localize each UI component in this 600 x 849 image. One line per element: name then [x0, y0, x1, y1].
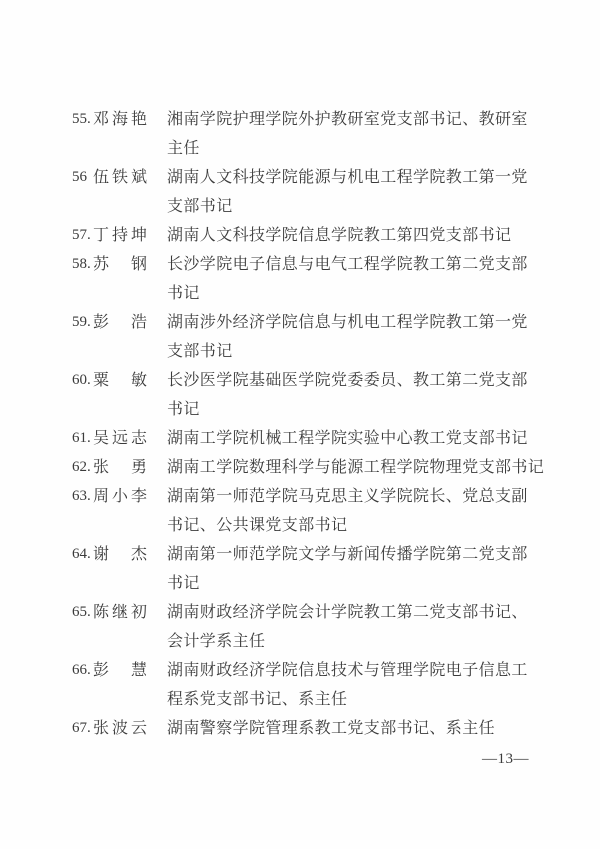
list-item: 57. 丁持坤 湖南人文科技学院信息学院教工第四党支部书记 — [72, 221, 552, 250]
entry-number: 58. — [72, 250, 93, 279]
entry-description: 湖南第一师范学院马克思主义学院院长、党总支副书记、公共课党支部书记 — [167, 482, 528, 540]
list-item: 65. 陈继初 湖南财政经济学院会计学院教工第二党支部书记、会计学系主任 — [72, 598, 552, 656]
entry-description-line: 程系党支部书记、系主任 — [167, 685, 528, 714]
entry-description: 湘南学院护理学院外护教研室党支部书记、教研室主任 — [167, 105, 528, 163]
entry-description-line: 湖南工学院机械工程学院实验中心教工党支部书记 — [167, 424, 528, 453]
entry-description-line: 书记、公共课党支部书记 — [167, 511, 528, 540]
entry-description-line: 长沙学院电子信息与电气工程学院教工第二党支部 — [167, 250, 528, 279]
entry-description: 湖南工学院机械工程学院实验中心教工党支部书记 — [167, 424, 528, 453]
entry-description: 长沙医学院基础医学院党委委员、教工第二党支部书记 — [167, 366, 528, 424]
entry-name: 丁持坤 — [93, 221, 147, 250]
list-item: 63. 周小李 湖南第一师范学院马克思主义学院院长、党总支副书记、公共课党支部书… — [72, 482, 552, 540]
entry-description-line: 会计学系主任 — [167, 627, 528, 656]
entry-number: 59. — [72, 308, 93, 337]
entry-number: 60. — [72, 366, 93, 395]
list-item: 55. 邓海艳 湘南学院护理学院外护教研室党支部书记、教研室主任 — [72, 105, 552, 163]
document-page: 55. 邓海艳 湘南学院护理学院外护教研室党支部书记、教研室主任 56 伍铁斌 … — [0, 0, 600, 849]
entry-name: 吴远志 — [93, 424, 147, 453]
entry-number: 55. — [72, 105, 93, 134]
list-item: 60. 粟敏 长沙医学院基础医学院党委委员、教工第二党支部书记 — [72, 366, 552, 424]
list-item: 58. 苏钢 长沙学院电子信息与电气工程学院教工第二党支部书记 — [72, 250, 552, 308]
entry-description: 湖南人文科技学院信息学院教工第四党支部书记 — [167, 221, 511, 250]
entry-number: 63. — [72, 482, 93, 511]
entry-name: 陈继初 — [93, 598, 147, 627]
entry-description: 湖南涉外经济学院信息与机电工程学院教工第一党支部书记 — [167, 308, 528, 366]
entry-description: 长沙学院电子信息与电气工程学院教工第二党支部书记 — [167, 250, 528, 308]
entry-name: 彭浩 — [93, 308, 147, 337]
entry-name: 粟敏 — [93, 366, 147, 395]
entry-number: 56 — [72, 163, 93, 192]
entry-description-line: 主任 — [167, 134, 528, 163]
entry-description-line: 书记 — [167, 569, 528, 598]
entry-name: 邓海艳 — [93, 105, 147, 134]
entry-description: 湖南第一师范学院文学与新闻传播学院第二党支部书记 — [167, 540, 528, 598]
entry-number: 65. — [72, 598, 93, 627]
entry-description-line: 湘南学院护理学院外护教研室党支部书记、教研室 — [167, 105, 528, 134]
list-item: 56 伍铁斌 湖南人文科技学院能源与机电工程学院教工第一党支部书记 — [72, 163, 552, 221]
entry-number: 66. — [72, 656, 93, 685]
list-item: 59. 彭浩 湖南涉外经济学院信息与机电工程学院教工第一党支部书记 — [72, 308, 552, 366]
entry-description-line: 书记 — [167, 395, 528, 424]
entry-description-line: 湖南涉外经济学院信息与机电工程学院教工第一党 — [167, 308, 528, 337]
entry-description-line: 湖南第一师范学院马克思主义学院院长、党总支副 — [167, 482, 528, 511]
entry-description-line: 湖南警察学院管理系教工党支部书记、系主任 — [167, 714, 495, 743]
entry-description-line: 湖南财政经济学院信息技术与管理学院电子信息工 — [167, 656, 528, 685]
entry-description: 湖南财政经济学院会计学院教工第二党支部书记、会计学系主任 — [167, 598, 528, 656]
list-item: 61. 吴远志 湖南工学院机械工程学院实验中心教工党支部书记 — [72, 424, 552, 453]
entry-name: 周小李 — [93, 482, 147, 511]
page-number: —13— — [482, 751, 529, 768]
entry-description-line: 湖南人文科技学院信息学院教工第四党支部书记 — [167, 221, 511, 250]
list-item: 64. 谢杰 湖南第一师范学院文学与新闻传播学院第二党支部书记 — [72, 540, 552, 598]
entry-description-line: 湖南第一师范学院文学与新闻传播学院第二党支部 — [167, 540, 528, 569]
entry-name: 苏钢 — [93, 250, 147, 279]
entry-number: 62. — [72, 453, 93, 482]
entry-name: 谢杰 — [93, 540, 147, 569]
entry-description-line: 支部书记 — [167, 192, 528, 221]
entry-number: 67. — [72, 714, 93, 743]
entry-number: 61. — [72, 424, 93, 453]
list-item: 62. 张勇 湖南工学院数理科学与能源工程学院物理党支部书记 — [72, 453, 552, 482]
entry-description-line: 湖南人文科技学院能源与机电工程学院教工第一党 — [167, 163, 528, 192]
entry-description-line: 书记 — [167, 279, 528, 308]
entry-name: 伍铁斌 — [93, 163, 147, 192]
entry-number: 64. — [72, 540, 93, 569]
entry-description-line: 湖南财政经济学院会计学院教工第二党支部书记、 — [167, 598, 528, 627]
entry-description-line: 湖南工学院数理科学与能源工程学院物理党支部书记 — [167, 453, 544, 482]
list-item: 66. 彭慧 湖南财政经济学院信息技术与管理学院电子信息工程系党支部书记、系主任 — [72, 656, 552, 714]
entry-description: 湖南财政经济学院信息技术与管理学院电子信息工程系党支部书记、系主任 — [167, 656, 528, 714]
entry-name: 张波云 — [93, 714, 147, 743]
entry-number: 57. — [72, 221, 93, 250]
entry-description: 湖南警察学院管理系教工党支部书记、系主任 — [167, 714, 495, 743]
entry-name: 张勇 — [93, 453, 147, 482]
entry-description: 湖南人文科技学院能源与机电工程学院教工第一党支部书记 — [167, 163, 528, 221]
entry-description-line: 支部书记 — [167, 337, 528, 366]
list-item: 67. 张波云 湖南警察学院管理系教工党支部书记、系主任 — [72, 714, 552, 743]
entry-list: 55. 邓海艳 湘南学院护理学院外护教研室党支部书记、教研室主任 56 伍铁斌 … — [72, 105, 552, 743]
entry-description-line: 长沙医学院基础医学院党委委员、教工第二党支部 — [167, 366, 528, 395]
entry-description: 湖南工学院数理科学与能源工程学院物理党支部书记 — [167, 453, 544, 482]
entry-name: 彭慧 — [93, 656, 147, 685]
